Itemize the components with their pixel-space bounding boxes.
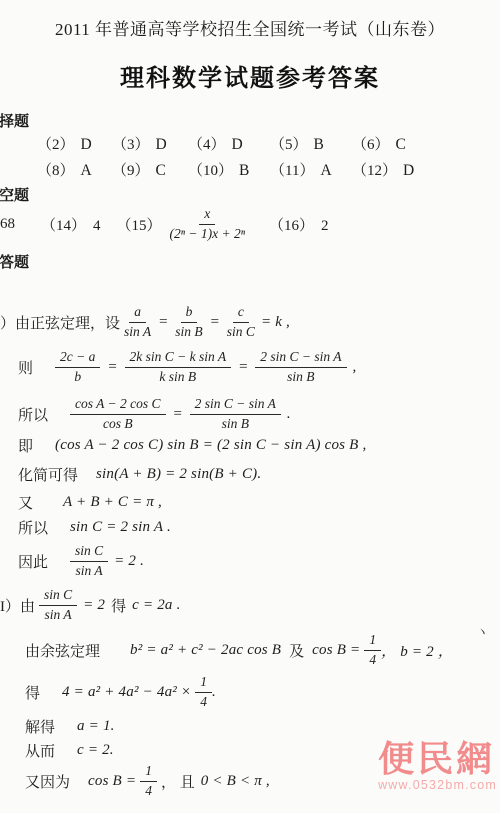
fraction-sinC-over-sinA: sin Csin A xyxy=(70,543,108,580)
answer-value: 2 xyxy=(321,218,329,234)
solution-math: . xyxy=(287,406,291,423)
fraction-numerator: 2k sin C − k sin A xyxy=(125,349,232,368)
fraction-denominator: k sin B xyxy=(159,368,196,386)
fraction-numerator: 1 xyxy=(364,632,381,651)
fraction-numerator: 2 sin C − sin A xyxy=(255,349,346,368)
fraction-2c-minus-a-over-b: 2c − ab xyxy=(55,349,100,386)
solution-math: cos B = xyxy=(312,642,360,659)
question-number: （16） xyxy=(269,218,314,234)
solution-line-sinC-result: 所以 sin C = 2 sin A . xyxy=(0,517,500,538)
solution-math: c = 2. xyxy=(77,742,114,759)
fraction-cosA-minus-2cosC-over-cosB: cos A − 2 cos Ccos B xyxy=(70,396,166,433)
fraction-numerator: sin C xyxy=(39,587,77,606)
fraction-numerator: x xyxy=(199,206,215,225)
solution-connective: 得 xyxy=(25,682,40,703)
fraction-q15-answer: x (2ⁿ − 1)x + 2ⁿ xyxy=(170,206,245,243)
solution-math: c = 2a . xyxy=(132,597,180,614)
choice-answer-q5: （5）B xyxy=(270,133,352,154)
equals-sign: = xyxy=(158,314,168,331)
question-number: （5） xyxy=(270,137,308,153)
question-number: （12） xyxy=(352,163,397,179)
scan-artifact-mark: 丶 xyxy=(475,621,491,642)
section-label-solution: 答题 xyxy=(0,251,29,272)
choice-answer-q10: （10）B xyxy=(188,159,270,180)
solution-math: sin(A + B) = 2 sin(B + C). xyxy=(96,466,261,483)
fraction-2sinC-minus-sinA-over-sinB: 2 sin C − sin Asin B xyxy=(255,349,346,386)
solution-math: ， b = 2 ， xyxy=(381,640,453,661)
choice-answer-q2: （2）D xyxy=(37,133,112,154)
solution-line-cosine-rule: 由余弦定理 b² = a² + c² − 2ac cos B 及 cos B =… xyxy=(0,632,500,669)
section-label-blank: 空题 xyxy=(0,184,29,205)
fraction-2sinC-minus-sinA-over-sinB: 2 sin C − sin Asin B xyxy=(190,396,281,433)
solution-text: I）由 xyxy=(0,595,35,616)
fraction-numerator: 1 xyxy=(140,763,157,782)
fraction-one-quarter: 14 xyxy=(195,674,212,711)
solution-connective: 因此 xyxy=(18,551,48,572)
solution-connective: 解得 xyxy=(25,716,55,737)
question-number: （6） xyxy=(352,137,390,153)
cutoff-answer-fragment: 68 xyxy=(0,216,15,233)
solution-math: 4 = a² + 4a² − 4a² × xyxy=(62,684,191,701)
solution-line-sine-rule-setup: ）由正弦定理，设 asin A = bsin B = csin C = k , xyxy=(0,304,500,341)
answer-key-title: 理科数学试题参考答案 xyxy=(0,58,500,93)
fraction-b-over-sinB: bsin B xyxy=(175,304,202,341)
solution-connective: 又因为 xyxy=(25,771,70,792)
solution-connective: 又 xyxy=(18,492,33,513)
fraction-denominator: sin B xyxy=(175,323,202,341)
fraction-denominator: cos B xyxy=(103,415,133,433)
watermark: 便民網 www.0532bm.com xyxy=(378,741,497,792)
fraction-denominator: 4 xyxy=(369,651,376,669)
solution-connective: 化简可得 xyxy=(18,464,78,485)
fraction-denominator: sin B xyxy=(222,415,249,433)
choice-answer-row-1: （2）D （3）D （4）D （5）B （6）C xyxy=(0,133,500,154)
answer-letter: C xyxy=(156,162,166,179)
solution-math: . xyxy=(212,684,216,701)
fraction-denominator: sin C xyxy=(227,323,255,341)
equals-sign: = xyxy=(107,359,117,376)
watermark-url-text: www.0532bm.com xyxy=(378,779,497,792)
solution-line-simplified: 化简可得 sin(A + B) = 2 sin(B + C). xyxy=(0,464,500,485)
solution-line-ratio-conclusion: 因此 sin Csin A = 2 . xyxy=(0,543,500,580)
fraction-numerator: 1 xyxy=(195,674,212,693)
fraction-denominator: sin A xyxy=(124,323,151,341)
choice-answer-q9: （9）C xyxy=(112,159,188,180)
question-number: （8） xyxy=(37,163,75,179)
question-number: （3） xyxy=(112,137,150,153)
fraction-denominator: sin A xyxy=(45,606,72,624)
answer-letter: D xyxy=(156,136,167,153)
solution-connective: 即 xyxy=(18,435,33,456)
fraction-numerator: 2 sin C − sin A xyxy=(190,396,281,415)
solution-text: 及 xyxy=(289,640,304,661)
choice-answer-row-2: （8）A （9）C （10）B （11）A （12）D xyxy=(0,159,500,180)
fraction-numerator: c xyxy=(233,304,249,323)
question-number-q15: （15） xyxy=(117,214,162,235)
solution-math: sin C = 2 sin A . xyxy=(70,519,171,536)
solution-math: b² = a² + c² − 2ac cos B xyxy=(130,642,281,659)
answer-letter: A xyxy=(81,162,92,179)
answer-letter: A xyxy=(320,162,331,179)
solution-text: 得 xyxy=(111,595,126,616)
choice-answer-q8: （8）A xyxy=(37,159,112,180)
fraction-a-over-sinA: asin A xyxy=(124,304,151,341)
solution-text: ）由正弦定理，设 xyxy=(0,312,120,333)
scanned-answer-document: 2011 年普通高等学校招生全国统一考试（山东卷） 理科数学试题参考答案 择题 … xyxy=(0,0,500,813)
solution-math: A + B + C = π , xyxy=(63,494,162,511)
equals-sign: = xyxy=(210,314,220,331)
fraction-denominator: sin A xyxy=(76,562,103,580)
solution-connective: 则 xyxy=(18,357,33,378)
question-number: （11） xyxy=(270,163,314,179)
solution-math: 0 < B < π , xyxy=(201,773,270,790)
solution-line-substitution: 得 4 = a² + 4a² − 4a² × 14 . xyxy=(0,674,500,711)
fraction-one-quarter: 14 xyxy=(364,632,381,669)
choice-answer-q4: （4）D xyxy=(188,133,270,154)
solution-math: = 2 xyxy=(83,597,105,614)
solution-text: ， 且 xyxy=(161,771,195,792)
blank-answer-q16: （16）2 xyxy=(269,214,329,235)
fraction-denominator: b xyxy=(74,368,81,386)
section-label-choice: 择题 xyxy=(0,110,29,131)
question-number: （4） xyxy=(188,137,226,153)
question-number: （9） xyxy=(112,163,150,179)
blank-answer-row: 68 （14）4 （15） x (2ⁿ − 1)x + 2ⁿ （16）2 xyxy=(0,206,329,243)
fraction-ksinC-expansion: 2k sin C − k sin Ak sin B xyxy=(125,349,232,386)
fraction-numerator: 2c − a xyxy=(55,349,100,368)
solution-connective: 所以 xyxy=(18,404,48,425)
fraction-c-over-sinC: csin C xyxy=(227,304,255,341)
answer-letter: B xyxy=(239,162,249,179)
solution-math: , xyxy=(353,359,357,376)
fraction-numerator: cos A − 2 cos C xyxy=(70,396,166,415)
answer-letter: C xyxy=(396,136,406,153)
solution-math: a = 1. xyxy=(77,718,115,735)
solution-line-angle-sum: 又 A + B + C = π , xyxy=(0,492,500,513)
choice-answer-q11: （11）A xyxy=(270,159,352,180)
choice-answer-q6: （6）C xyxy=(352,133,500,154)
solution-line-a-result: 解得 a = 1. xyxy=(0,716,500,737)
solution-line-cos-ratio: 所以 cos A − 2 cos Ccos B = 2 sin C − sin … xyxy=(0,396,500,433)
choice-answer-q12: （12）D xyxy=(352,159,500,180)
blank-answer-q14: （14）4 xyxy=(41,214,101,235)
solution-line-cross-multiplied: 即 (cos A − 2 cos C) sin B = (2 sin C − s… xyxy=(0,435,500,456)
solution-math: cos B = xyxy=(88,773,136,790)
fraction-numerator: sin C xyxy=(70,543,108,562)
question-number: （10） xyxy=(188,163,233,179)
fraction-denominator: sin B xyxy=(287,368,314,386)
fraction-numerator: b xyxy=(181,304,198,323)
question-number: （14） xyxy=(41,218,86,234)
solution-math: (cos A − 2 cos C) sin B = (2 sin C − sin… xyxy=(55,437,366,454)
answer-value: 4 xyxy=(93,218,101,234)
answer-letter: B xyxy=(314,136,324,153)
solution-math: = 2 . xyxy=(114,553,144,570)
equals-sign: = xyxy=(173,406,183,423)
question-number: （2） xyxy=(37,137,75,153)
fraction-sinC-over-sinA: sin Csin A xyxy=(39,587,77,624)
answer-letter: D xyxy=(81,136,92,153)
solution-line-ratio-expansion: 则 2c − ab = 2k sin C − k sin Ak sin B = … xyxy=(0,349,500,386)
solution-connective: 由余弦定理 xyxy=(25,640,100,661)
equals-sign: = xyxy=(238,359,248,376)
solution-math: = k , xyxy=(261,314,290,331)
fraction-denominator: (2ⁿ − 1)x + 2ⁿ xyxy=(170,225,245,243)
watermark-brand-text: 便民網 xyxy=(378,741,497,777)
solution-line-part2-start: I）由 sin Csin A = 2 得 c = 2a . xyxy=(0,587,500,624)
fraction-numerator: a xyxy=(129,304,146,323)
solution-connective: 从而 xyxy=(25,740,55,761)
fraction-denominator: 4 xyxy=(145,782,152,800)
answer-letter: D xyxy=(232,136,243,153)
answer-letter: D xyxy=(403,162,414,179)
fraction-denominator: 4 xyxy=(200,693,207,711)
solution-connective: 所以 xyxy=(18,517,48,538)
fraction-one-quarter: 14 xyxy=(140,763,157,800)
exam-title: 2011 年普通高等学校招生全国统一考试（山东卷） xyxy=(0,15,500,40)
choice-answer-q3: （3）D xyxy=(112,133,188,154)
